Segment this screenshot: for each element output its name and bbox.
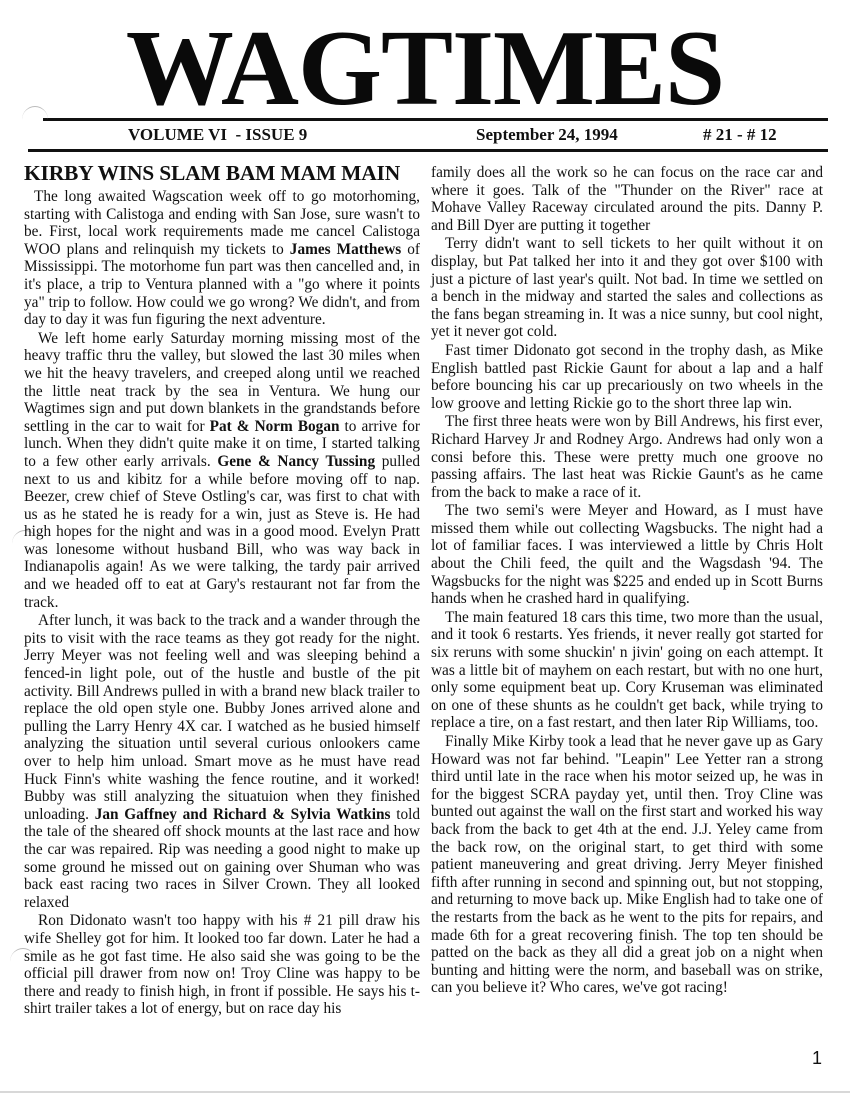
article-paragraph: We left home early Saturday morning miss… bbox=[24, 330, 420, 612]
article-paragraph: The two semi's were Meyer and Howard, as… bbox=[431, 502, 823, 608]
punch-hole-artifact bbox=[22, 106, 48, 133]
left-column-body: The long awaited Wagscation week off to … bbox=[24, 188, 420, 1018]
paragraph-text: Terry didn't want to sell tickets to her… bbox=[431, 235, 823, 340]
masthead-title: WAGTIMES bbox=[0, 14, 850, 124]
header-rule-bottom bbox=[28, 149, 828, 152]
paragraph-text: Fast timer Didonato got second in the tr… bbox=[431, 342, 823, 412]
article-paragraph: Terry didn't want to sell tickets to her… bbox=[431, 235, 823, 341]
article-column-right: family does all the work so he can focus… bbox=[431, 164, 823, 998]
bold-name: Gene & Nancy Tussing bbox=[217, 453, 375, 470]
page-bottom-edge bbox=[0, 1091, 850, 1093]
bold-name: Pat & Norm Bogan bbox=[210, 418, 340, 435]
paragraph-text: The two semi's were Meyer and Howard, as… bbox=[431, 502, 823, 607]
paragraph-text: family does all the work so he can focus… bbox=[431, 164, 823, 234]
article-paragraph: After lunch, it was back to the track an… bbox=[24, 612, 420, 911]
article-paragraph: The long awaited Wagscation week off to … bbox=[24, 188, 420, 329]
article-paragraph: The first three heats were won by Bill A… bbox=[431, 413, 823, 501]
paragraph-text: The main featured 18 cars this time, two… bbox=[431, 609, 823, 732]
paragraph-text: After lunch, it was back to the track an… bbox=[24, 612, 420, 823]
bold-name: Jan Gaffney and Richard & Sylvia Watkins bbox=[95, 806, 391, 823]
paragraph-text: The first three heats were won by Bill A… bbox=[431, 413, 823, 500]
header-rule-top bbox=[43, 118, 828, 121]
article-paragraph: Ron Didonato wasn't too happy with his #… bbox=[24, 912, 420, 1018]
paragraph-text: Finally Mike Kirby took a lead that he n… bbox=[431, 733, 823, 996]
article-paragraph: The main featured 18 cars this time, two… bbox=[431, 609, 823, 732]
article-paragraph: family does all the work so he can focus… bbox=[431, 164, 823, 234]
article-paragraph: Finally Mike Kirby took a lead that he n… bbox=[431, 733, 823, 997]
paragraph-text: pulled next to us and kibitz for a while… bbox=[24, 453, 420, 611]
article-headline: KIRBY WINS SLAM BAM MAM MAIN bbox=[24, 161, 420, 185]
article-paragraph: Fast timer Didonato got second in the tr… bbox=[431, 342, 823, 412]
volume-issue: VOLUME VI - ISSUE 9 bbox=[128, 124, 307, 146]
article-column-left: KIRBY WINS SLAM BAM MAM MAIN The long aw… bbox=[24, 160, 420, 1019]
issue-date: September 24, 1994 bbox=[476, 124, 618, 146]
issue-numbers: # 21 - # 12 bbox=[703, 124, 777, 146]
paragraph-text: Ron Didonato wasn't too happy with his #… bbox=[24, 912, 420, 1017]
right-column-body: family does all the work so he can focus… bbox=[431, 164, 823, 997]
page-number: 1 bbox=[812, 1048, 822, 1069]
bold-name: James Matthews bbox=[290, 241, 401, 258]
